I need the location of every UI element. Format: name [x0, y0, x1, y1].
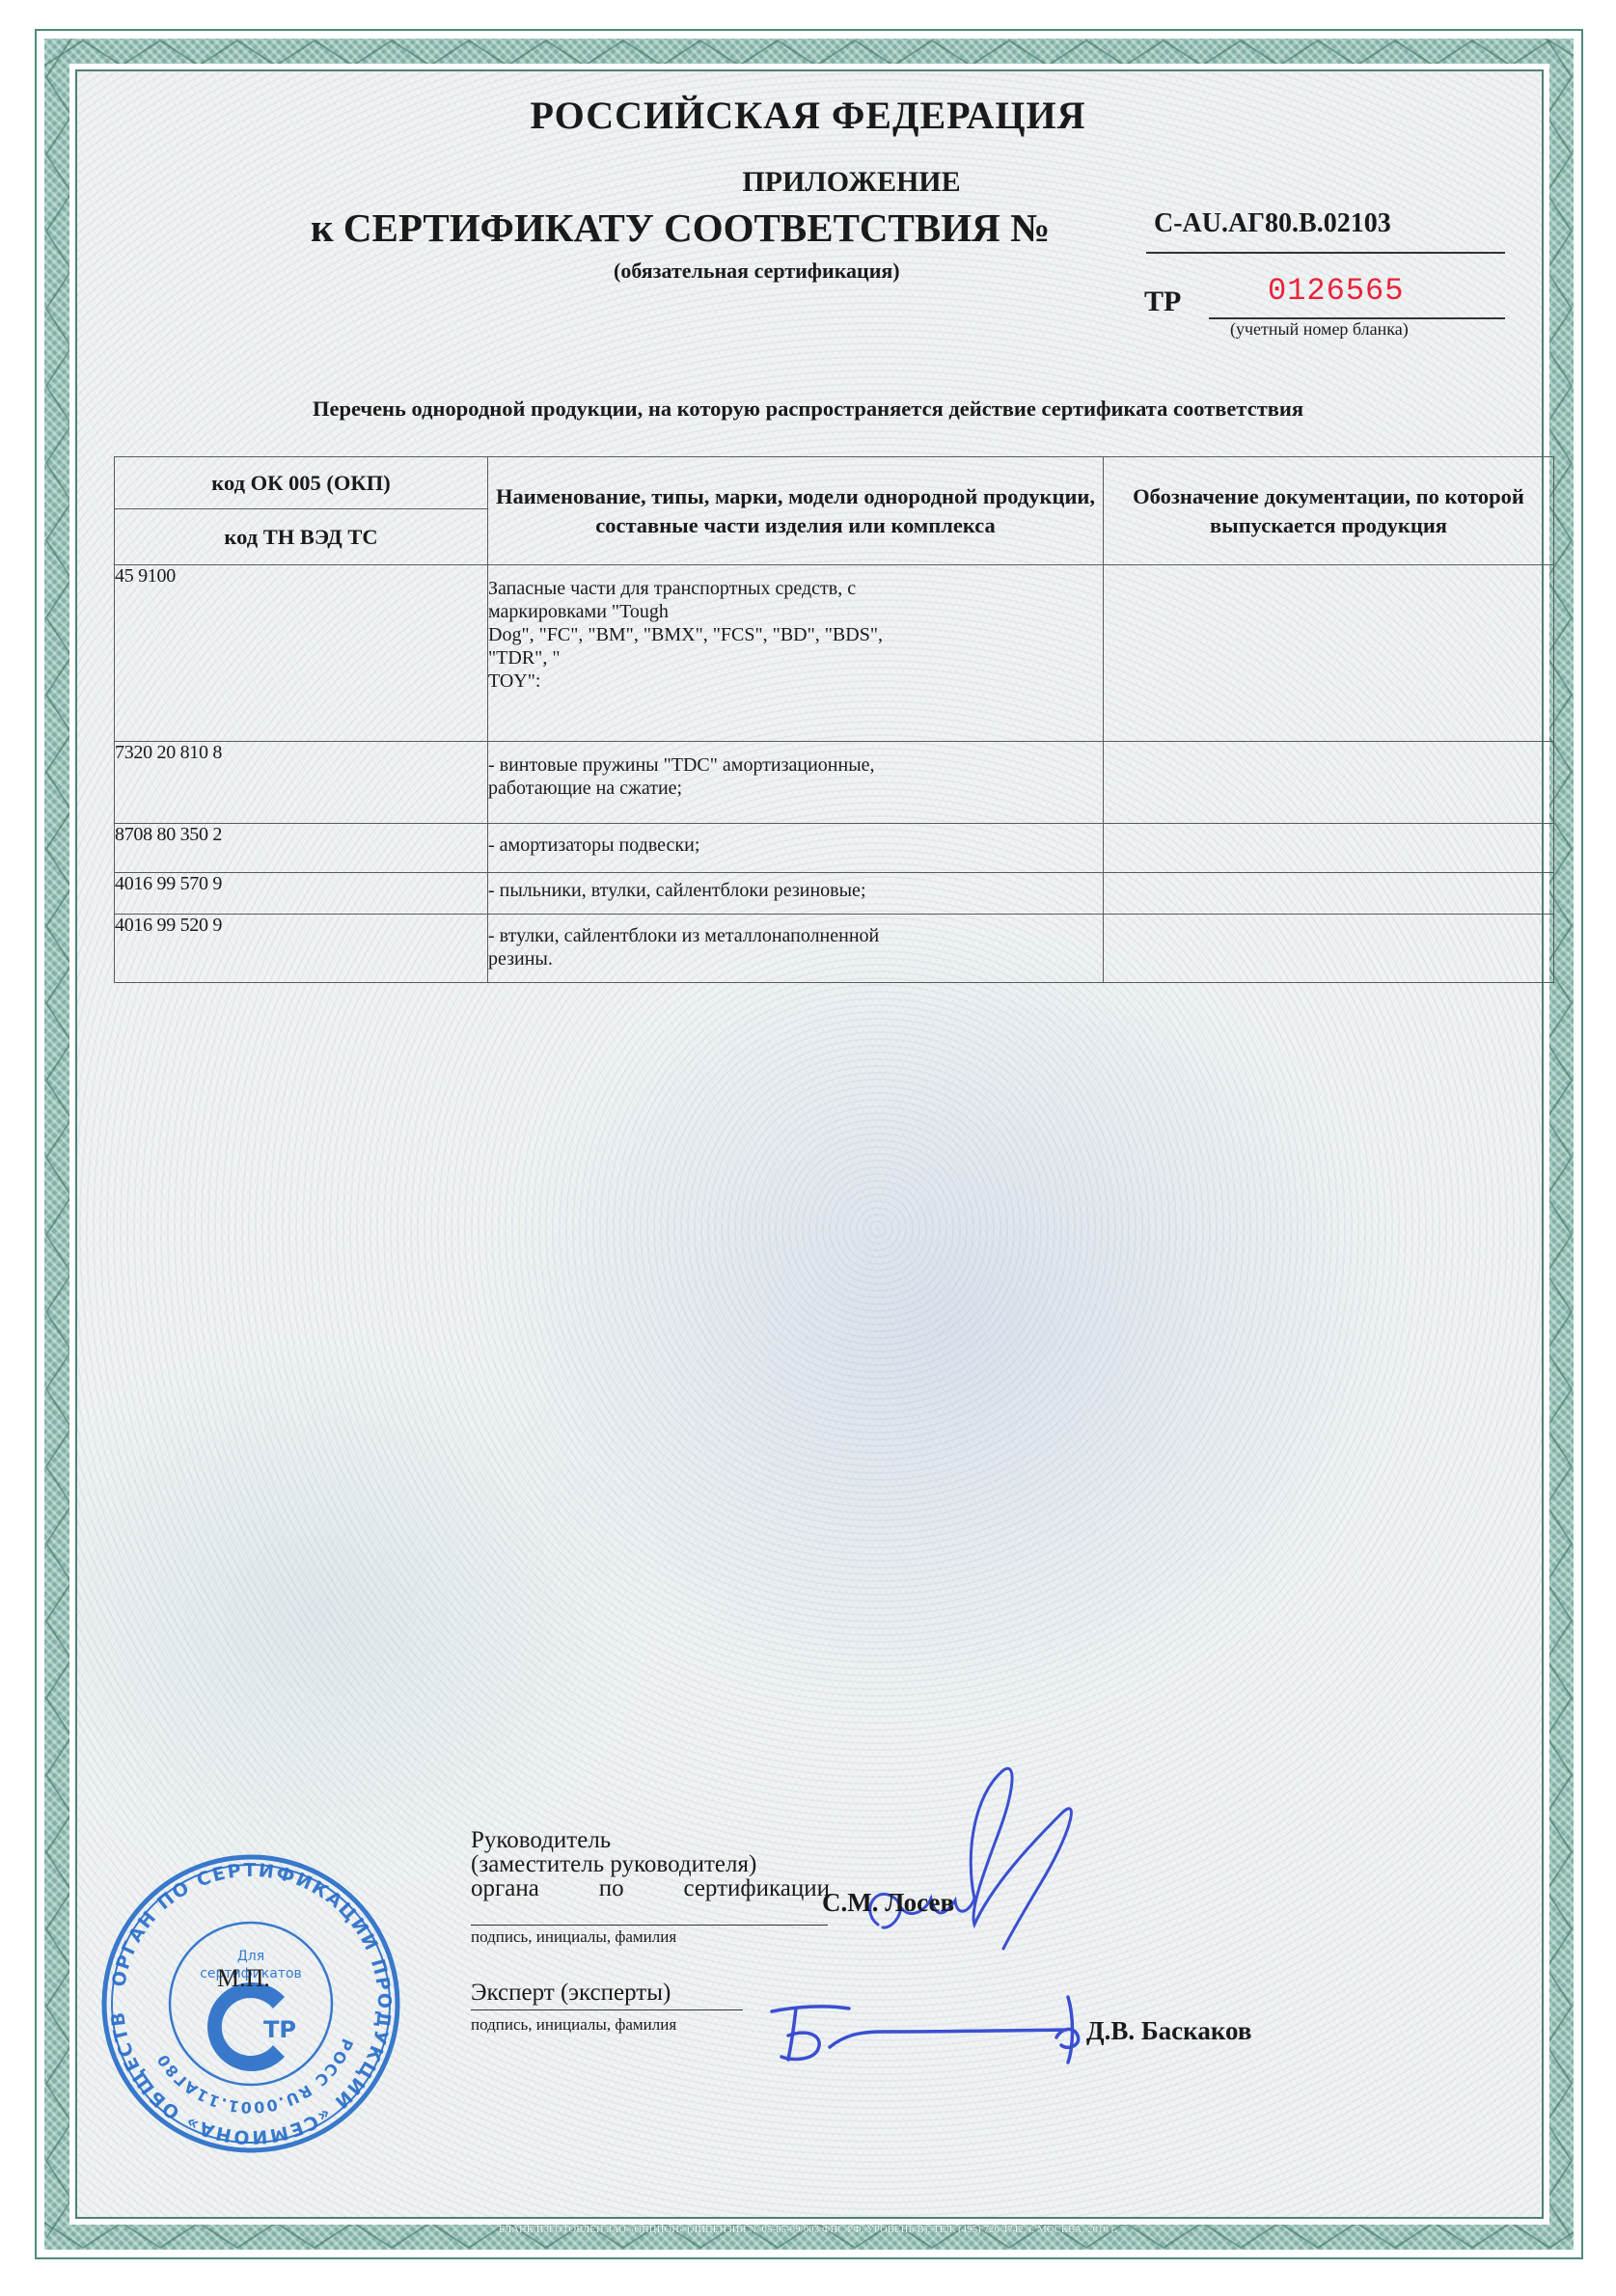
table-row: 4016 99 520 9 - втулки, сайлентблоки из …	[115, 915, 1554, 983]
expert-signature-line	[471, 2009, 743, 2010]
row-description: - втулки, сайлентблоки из металлонаполне…	[488, 915, 1104, 983]
blank-serial-number: 0126565	[1268, 273, 1404, 309]
row-description: - пыльники, втулки, сайлентблоки резинов…	[488, 873, 1104, 915]
head-name: С.М. Лосев	[822, 1888, 954, 1918]
header-okp-code: код ОК 005 (ОКП)	[115, 457, 488, 509]
header-documentation: Обозначение документации, по которой вып…	[1104, 457, 1554, 565]
row-documentation	[1104, 873, 1554, 915]
tp-label: ТР	[1144, 286, 1181, 318]
head-role-line2: (заместитель руководителя)	[471, 1852, 830, 1876]
table-row: 45 9100 Запасные части для транспортных …	[115, 565, 1554, 742]
head-role-label: Руководитель (заместитель руководителя) …	[471, 1828, 830, 1900]
expert-signature-icon	[767, 1987, 1095, 2064]
blank-serial-caption: (учетный номер бланка)	[1230, 319, 1409, 340]
country-title: РОССИЙСКАЯ ФЕДЕРАЦИЯ	[0, 93, 1616, 138]
row-code: 8708 80 350 2	[115, 824, 488, 873]
printer-imprint: БЛАНК ИЗГОТОВЛЕН ЗАО «ОПЦИОН» (ЛИЦЕНЗИЯ …	[0, 2225, 1616, 2235]
row-documentation	[1104, 824, 1554, 873]
table-row: 8708 80 350 2 - амортизаторы подвески;	[115, 824, 1554, 873]
table-row: 7320 20 810 8 - винтовые пружины "TDC" а…	[115, 742, 1554, 824]
row-description: - винтовые пружины "TDC" амортизационные…	[488, 742, 1104, 824]
head-signature-line	[471, 1925, 828, 1926]
row-code: 7320 20 810 8	[115, 742, 488, 824]
head-role-line3: органа по сертификации	[471, 1876, 830, 1900]
certification-type: (обязательная сертификация)	[614, 259, 900, 284]
certificate-number: С-AU.АГ80.В.02103	[1154, 208, 1391, 239]
product-table: код ОК 005 (ОКП) Наименование, типы, мар…	[114, 456, 1554, 983]
row-code: 45 9100	[115, 565, 488, 742]
table-row: 4016 99 570 9 - пыльники, втулки, сайлен…	[115, 873, 1554, 915]
certification-body-stamp: ОРГАН ПО СЕРТИФИКАЦИИ ПРОДУКЦИИ «СЕМИОНА…	[92, 1852, 410, 2156]
stamp-inner-top: Для	[237, 1949, 264, 1964]
row-documentation	[1104, 915, 1554, 983]
head-role-line1: Руководитель	[471, 1828, 830, 1852]
header-tnved-code: код ТН ВЭД ТС	[115, 509, 488, 565]
row-code: 4016 99 570 9	[115, 873, 488, 915]
expert-name: Д.В. Баскаков	[1086, 2016, 1251, 2046]
head-signature-icon	[849, 1756, 1119, 1968]
row-description: - амортизаторы подвески;	[488, 824, 1104, 873]
row-documentation	[1104, 565, 1554, 742]
head-signature-caption: подпись, инициалы, фамилия	[471, 1927, 676, 1947]
product-list-heading: Перечень однородной продукции, на котору…	[0, 396, 1616, 422]
certificate-heading: к СЕРТИФИКАТУ СООТВЕТСТВИЯ №	[311, 205, 1050, 251]
certificate-number-underline	[1146, 252, 1505, 254]
expert-role-label: Эксперт (эксперты)	[471, 1980, 671, 2007]
stamp-logo-text: ТР	[263, 2016, 296, 2043]
row-code: 4016 99 520 9	[115, 915, 488, 983]
appendix-title: ПРИЛОЖЕНИЕ	[0, 166, 1616, 199]
header-product-name: Наименование, типы, марки, модели одноро…	[488, 457, 1104, 565]
expert-signature-caption: подпись, инициалы, фамилия	[471, 2015, 676, 2035]
row-documentation	[1104, 742, 1554, 824]
seal-place-label: М.П.	[217, 1964, 270, 1993]
row-description: Запасные части для транспортных средств,…	[488, 565, 1104, 742]
